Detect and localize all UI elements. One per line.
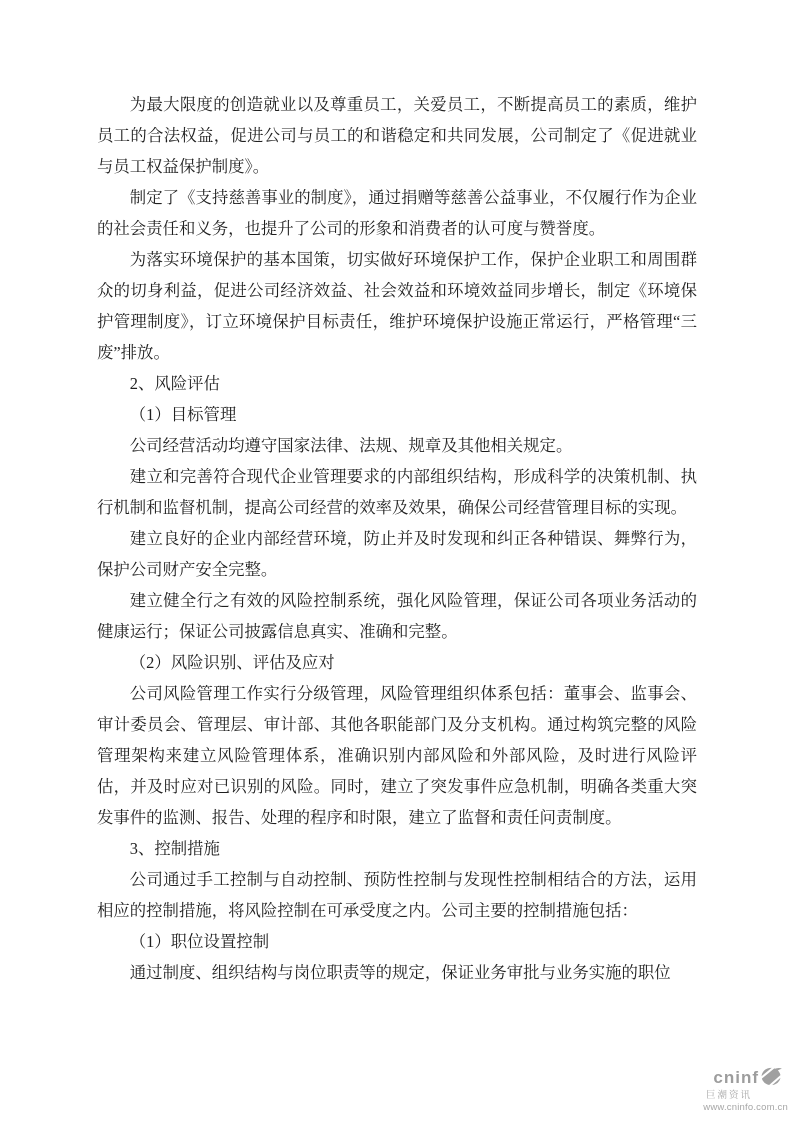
paragraph: 通过制度、组织结构与岗位职责等的规定，保证业务审批与业务实施的职位 — [97, 957, 697, 988]
paragraph: 制定了《支持慈善事业的制度》，通过捐赠等慈善公益事业，不仅履行作为企业的社会责任… — [97, 182, 697, 244]
paragraph: 为最大限度的创造就业以及尊重员工，关爱员工，不断提高员工的素质，维护员工的合法权… — [97, 89, 697, 182]
cninfo-website: www.cninfo.com.cn — [703, 1103, 788, 1113]
heading-objective-management: （1）目标管理 — [97, 399, 697, 430]
cninfo-swirl-icon — [761, 1067, 782, 1091]
paragraph: 为落实环境保护的基本国策，切实做好环境保护工作，保护企业职工和周围群众的切身利益… — [97, 244, 697, 368]
document-page: 为最大限度的创造就业以及尊重员工，关爱员工，不断提高员工的素质，维护员工的合法权… — [0, 0, 793, 1122]
paragraph: 公司经营活动均遵守国家法律、法规、规章及其他相关规定。 — [97, 430, 697, 461]
paragraph: 建立健全行之有效的风险控制系统，强化风险管理，保证公司各项业务活动的健康运行；保… — [97, 585, 697, 647]
heading-position-setting-control: （1）职位设置控制 — [97, 926, 697, 957]
paragraph: 建立良好的企业内部经营环境，防止并及时发现和纠正各种错误、舞弊行为，保护公司财产… — [97, 523, 697, 585]
document-body: 为最大限度的创造就业以及尊重员工，关爱员工，不断提高员工的素质，维护员工的合法权… — [97, 89, 697, 988]
cninfo-subtitle: 巨潮资讯 — [703, 1091, 752, 1101]
cninfo-watermark: cninf 巨潮资讯 www — [703, 1067, 788, 1113]
cninfo-brand-row: cninf — [703, 1067, 782, 1091]
heading-risk-identification: （2）风险识别、评估及应对 — [97, 647, 697, 678]
cninfo-brand-text: cninf — [713, 1069, 759, 1088]
heading-control-measures: 3、控制措施 — [97, 833, 697, 864]
paragraph: 建立和完善符合现代企业管理要求的内部组织结构，形成科学的决策机制、执行机制和监督… — [97, 461, 697, 523]
paragraph: 公司风险管理工作实行分级管理，风险管理组织体系包括：董事会、监事会、审计委员会、… — [97, 678, 697, 833]
paragraph: 公司通过手工控制与自动控制、预防性控制与发现性控制相结合的方法，运用相应的控制措… — [97, 864, 697, 926]
heading-risk-assessment: 2、风险评估 — [97, 368, 697, 399]
